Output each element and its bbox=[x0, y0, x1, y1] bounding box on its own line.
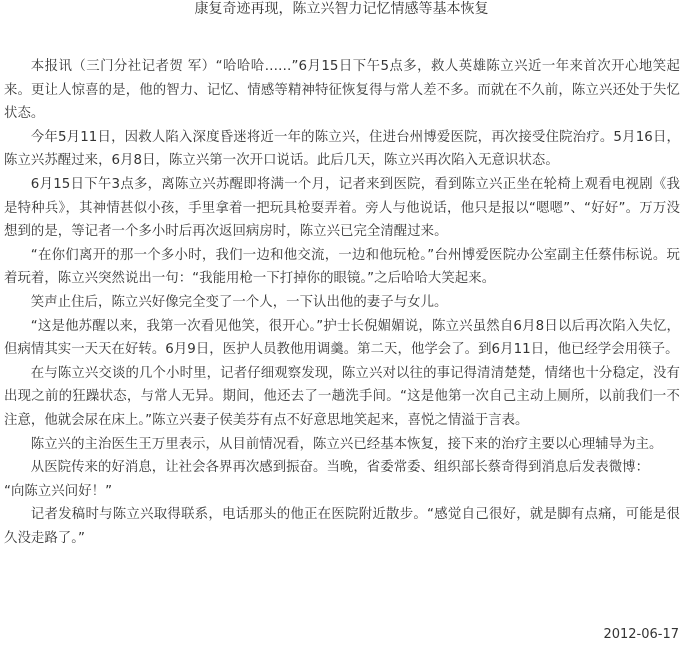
paragraph: “这是他苏醒以来，我第一次看见他笑，很开心。”护士长倪媚媚说，陈立兴虽然自6月8… bbox=[4, 315, 680, 362]
paragraph: 6月15日下午3点多，离陈立兴苏醒即将满一个月，记者来到医院，看到陈立兴正坐在轮… bbox=[4, 173, 680, 244]
paragraph: 今年5月11日，因救人陷入深度昏迷将近一年的陈立兴，住进台州博爱医院，再次接受住… bbox=[4, 126, 680, 173]
paragraph: 记者发稿时与陈立兴取得联系，电话那头的他正在医院附近散步。“感觉自己很好，就是脚… bbox=[4, 503, 680, 550]
article-title: 康复奇迹再现，陈立兴智力记忆情感等基本恢复 bbox=[0, 0, 683, 18]
paragraph-lead: 本报讯（三门分社记者贺 军）“哈哈哈……”6月15日下午5点多，救人英雄陈立兴近… bbox=[4, 55, 680, 126]
paragraph: “在你们离开的那一个多小时，我们一边和他交流，一边和他玩枪。”台州博爱医院办公室… bbox=[4, 244, 680, 291]
article-body: 本报讯（三门分社记者贺 军）“哈哈哈……”6月15日下午5点多，救人英雄陈立兴近… bbox=[4, 55, 680, 550]
paragraph: 在与陈立兴交谈的几个小时里，记者仔细观察发现，陈立兴对以往的事记得清清楚楚，情绪… bbox=[4, 362, 680, 433]
paragraph: 笑声止住后，陈立兴好像完全变了一个人，一下认出他的妻子与女儿。 bbox=[4, 291, 680, 315]
paragraph: 从医院传来的好消息，让社会各界再次感到振奋。当晚，省委常委、组织部长蔡奇得到消息… bbox=[4, 456, 680, 480]
weibo-quote: “向陈立兴问好！” bbox=[4, 480, 680, 504]
publish-date: 2012-06-17 bbox=[603, 627, 679, 643]
paragraph: 陈立兴的主治医生王万里表示，从目前情况看，陈立兴已经基本恢复，接下来的治疗主要以… bbox=[4, 433, 680, 457]
